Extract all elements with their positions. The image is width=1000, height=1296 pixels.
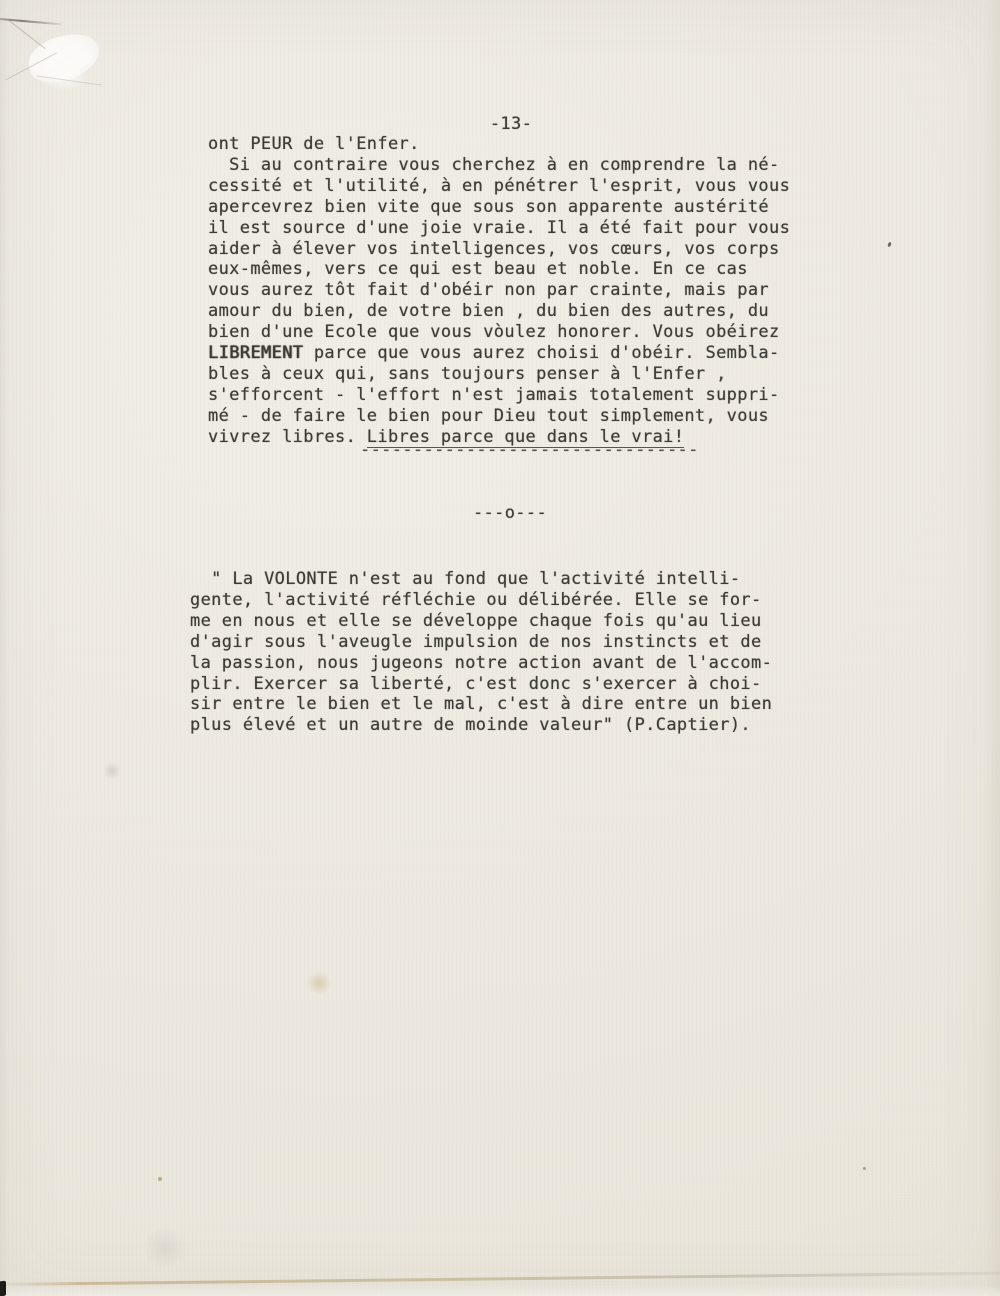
text-line: me en nous et elle se développe chaque f… bbox=[190, 611, 772, 632]
underline-dash-row: -------------------------------- bbox=[360, 445, 790, 455]
text-line: mé - de faire le bien pour Dieu tout sim… bbox=[208, 406, 790, 427]
page-edge-shading bbox=[0, 0, 8, 1296]
document-page: -13- ont PEUR de l'Enfer. Si au contrair… bbox=[0, 0, 1000, 1296]
text-line: " La VOLONTE n'est au fond que l'activit… bbox=[190, 569, 772, 590]
ink-speck bbox=[887, 242, 892, 248]
paper-crease bbox=[0, 18, 62, 25]
text-line: sir entre le bien et le mal, c'est à dir… bbox=[190, 694, 772, 715]
page-bottom-edge bbox=[0, 1272, 1000, 1286]
page-edge-shading bbox=[984, 0, 1000, 1296]
page-number: -13- bbox=[0, 114, 1000, 135]
text-line: vous aurez tôt fait d'obéir non par crai… bbox=[208, 280, 790, 301]
text-line: plir. Exercer sa liberté, c'est donc s'e… bbox=[190, 674, 772, 695]
paper-smudge bbox=[142, 1228, 188, 1268]
text-line: amour du bien, de votre bien , du bien d… bbox=[208, 301, 790, 322]
ink-speck bbox=[158, 1177, 162, 1181]
text-line: la passion, nous jugeons notre action av… bbox=[190, 653, 772, 674]
paper-crease bbox=[9, 20, 46, 49]
text-line: plus élevé et un autre de moinde valeur"… bbox=[190, 715, 772, 736]
text-line: ont PEUR de l'Enfer. bbox=[208, 134, 790, 155]
text-line: parce que vous aurez choisi d'obéir. Sem… bbox=[303, 343, 779, 363]
paragraph-1: ont PEUR de l'Enfer. Si au contraire vou… bbox=[208, 134, 790, 455]
corner-black-mark bbox=[0, 1281, 6, 1296]
text-line: apercevrez bien vite que sous son appare… bbox=[208, 197, 790, 218]
text-line: d'agir sous l'aveugle impulsion de nos i… bbox=[190, 632, 772, 653]
ink-speck bbox=[863, 1167, 866, 1170]
text-line: aider à élever vos intelligences, vos cœ… bbox=[208, 239, 790, 260]
paper-tear-highlight bbox=[24, 29, 104, 87]
paper-crease bbox=[5, 52, 57, 80]
text-line: il est source d'une joie vraie. Il a été… bbox=[208, 218, 790, 239]
text-line: eux-mêmes, vers ce qui est beau et noble… bbox=[208, 259, 790, 280]
paper-tear-highlight bbox=[40, 64, 88, 90]
paper-smudge bbox=[102, 763, 122, 779]
text-line-librement: LIBREMENT parce que vous aurez choisi d'… bbox=[208, 343, 790, 364]
text-line: cessité et l'utilité, à en pénétrer l'es… bbox=[208, 176, 790, 197]
text-line: s'efforcent - l'effort n'est jamais tota… bbox=[208, 385, 790, 406]
text-line: Si au contraire vous cherchez à en compr… bbox=[208, 155, 790, 176]
text-line: bien d'une Ecole que vous vòulez honorer… bbox=[208, 322, 790, 343]
paper-stain bbox=[306, 972, 332, 994]
text-line: vivrez libres. bbox=[208, 427, 367, 447]
text-line: bles à ceux qui, sans toujours penser à … bbox=[208, 364, 790, 385]
paragraph-2: " La VOLONTE n'est au fond que l'activit… bbox=[190, 569, 772, 736]
page-bottom-edge bbox=[0, 1285, 1000, 1296]
text-line: gente, l'activité réfléchie ou délibérée… bbox=[190, 590, 772, 611]
paper-crease bbox=[36, 75, 101, 85]
section-separator: ---o--- bbox=[0, 503, 1000, 524]
emphasized-word: LIBREMENT bbox=[208, 343, 303, 363]
